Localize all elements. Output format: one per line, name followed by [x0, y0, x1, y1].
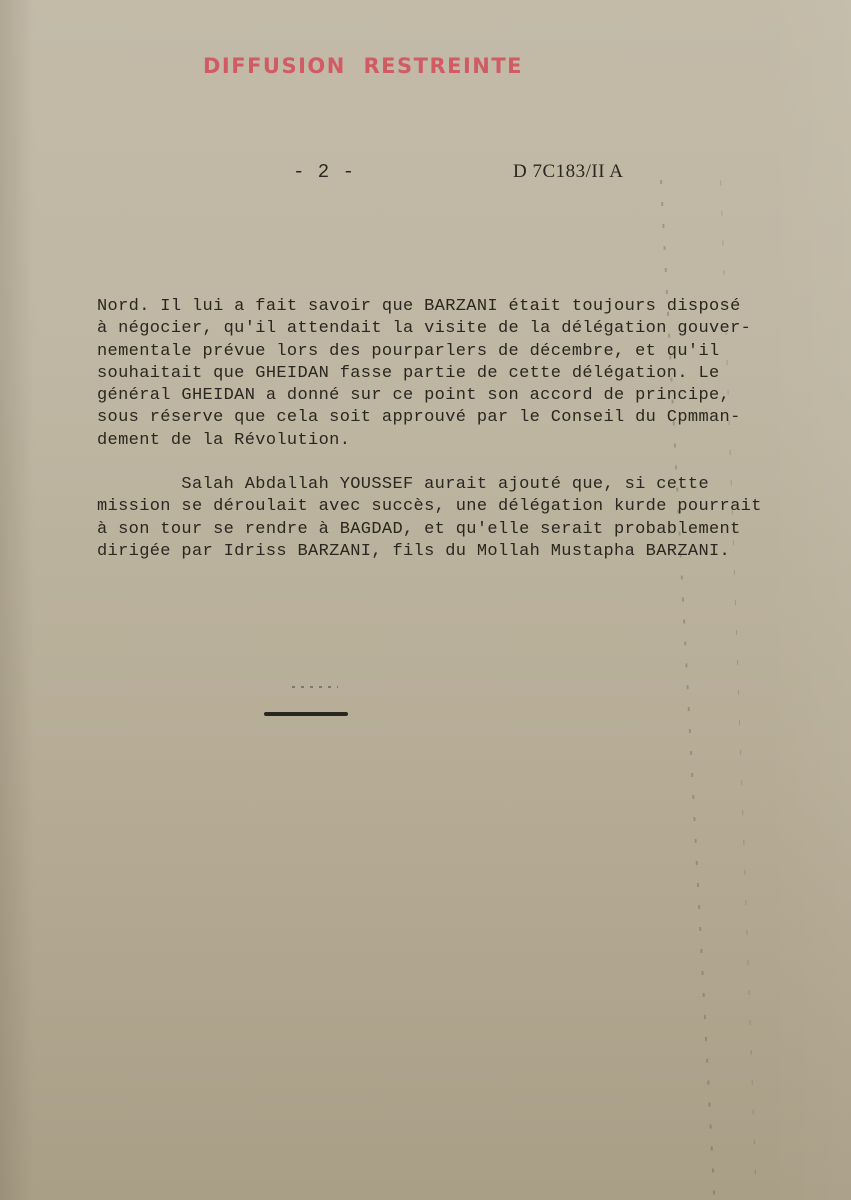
end-mark-dots [292, 686, 338, 688]
text-line: à son tour se rendre à BAGDAD, et qu'ell… [97, 519, 777, 541]
paragraph-2: Salah Abdallah YOUSSEF aurait ajouté que… [97, 474, 777, 563]
paper-background [0, 0, 851, 1200]
text-line: sous réserve que cela soit approuvé par … [97, 407, 777, 429]
text-line: général GHEIDAN a donné sur ce point son… [97, 385, 777, 407]
paragraph-spacer [97, 452, 777, 474]
document-body: Nord. Il lui a fait savoir que BARZANI é… [97, 296, 777, 563]
end-of-document-line [264, 712, 348, 716]
text-line: souhaitait que GHEIDAN fasse partie de c… [97, 363, 777, 385]
text-line: Salah Abdallah YOUSSEF aurait ajouté que… [97, 474, 777, 496]
text-line: nementale prévue lors des pourparlers de… [97, 341, 777, 363]
text-line: dement de la Révolution. [97, 430, 777, 452]
text-line: à négocier, qu'il attendait la visite de… [97, 318, 777, 340]
text-line: mission se déroulait avec succès, une dé… [97, 496, 777, 518]
document-reference: D 7C183/II A [513, 161, 624, 183]
page-number: - 2 - [293, 161, 355, 183]
classification-stamp: DIFFUSION RESTREINTE [203, 54, 523, 78]
paragraph-1: Nord. Il lui a fait savoir que BARZANI é… [97, 296, 777, 452]
text-line: Nord. Il lui a fait savoir que BARZANI é… [97, 296, 777, 318]
text-line: dirigée par Idriss BARZANI, fils du Moll… [97, 541, 777, 563]
